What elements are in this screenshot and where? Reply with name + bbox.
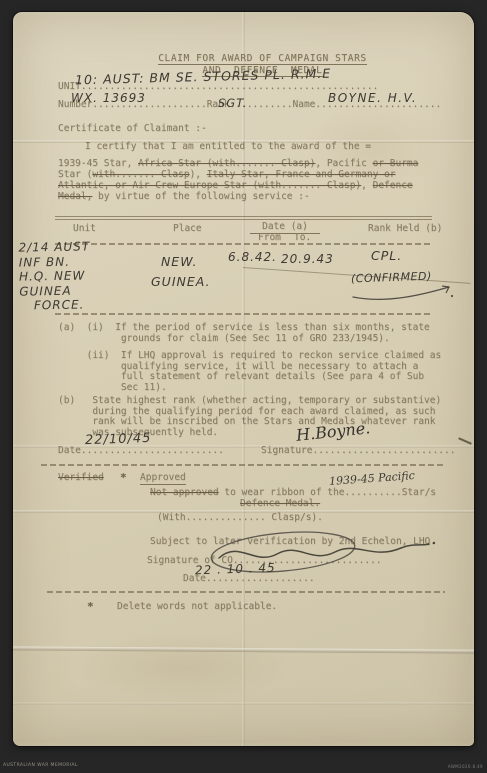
photo-backdrop: CLAIM FOR AWARD OF CAMPAIGN STARS AND DE… (0, 0, 487, 773)
verified-label: Verified (58, 473, 104, 484)
certificate-heading: Certificate of Claimant :- (58, 124, 207, 135)
entry-date-to: 20.9.43 (281, 252, 334, 266)
name-field-value: BOYNE. H.V. (328, 91, 417, 105)
table-header-rule (55, 243, 432, 245)
certificate-intro: I certify that I am entitled to the awar… (85, 142, 371, 153)
section-rule (41, 464, 445, 466)
claimant-signature-label: Signature......................... (261, 446, 455, 457)
footer-rule (47, 591, 445, 593)
entry-rank: CPL. (371, 248, 402, 263)
entry-date-from: 6.8.42. (228, 250, 277, 264)
col-header-place: Place (173, 224, 202, 235)
ribbon-approval-line: Not approved to wear ribbon of the......… (150, 488, 436, 499)
note-a-ii: (ii) If LHQ approval is required to reck… (58, 351, 441, 393)
archive-label-left: AUSTRALIAN WAR MEMORIAL (3, 763, 78, 768)
approved-label: Approved (140, 473, 186, 485)
archive-label-right: AWM2020.8.49 (448, 764, 483, 769)
clasp-line: (With.............. Clasp/s). (157, 513, 323, 524)
defence-medal-struck: Defence Medal. (240, 499, 320, 510)
co-date-value: 22 . 10 . 45 (195, 561, 276, 578)
col-header-unit: Unit (73, 224, 96, 235)
number-field-value: WX. 13693 (71, 91, 146, 105)
pen-mark-edge (458, 437, 472, 445)
rank-field-value: SGT. (218, 96, 248, 110)
table-top-rule (55, 216, 432, 217)
claimant-date-label: Date......................... (58, 446, 224, 457)
col-header-to: To. (294, 233, 311, 244)
fold-crease-major (13, 646, 474, 653)
certificate-paragraph: 1939-45 Star, Africa Star (with....... C… (58, 158, 418, 202)
table-bottom-rule (55, 313, 432, 315)
entry-place: NEW.GUINEA. (151, 252, 211, 292)
paper-stain (73, 632, 293, 702)
entry-unit: 2/14 AUSTINF BN.H.Q. NEWGUINEA FORCE. (18, 239, 91, 313)
fold-crease (13, 702, 474, 705)
col-header-rank-held: Rank Held (b) (368, 224, 442, 235)
delete-mark: * (120, 473, 127, 484)
ribbon-stars-value: 1939-45 Pacific (329, 469, 416, 488)
table-top-rule2 (55, 219, 432, 220)
footnote-mark: * (87, 602, 94, 613)
col-header-from: From (258, 233, 281, 244)
document-paper: CLAIM FOR AWARD OF CAMPAIGN STARS AND DE… (13, 12, 474, 746)
note-a-i: (a) (i) If the period of service is less… (58, 323, 430, 344)
footnote-text: Delete words not applicable. (117, 602, 277, 613)
claimant-date-value: 22/10/45 (85, 431, 152, 448)
confirmed-underline-arrow (349, 283, 461, 303)
